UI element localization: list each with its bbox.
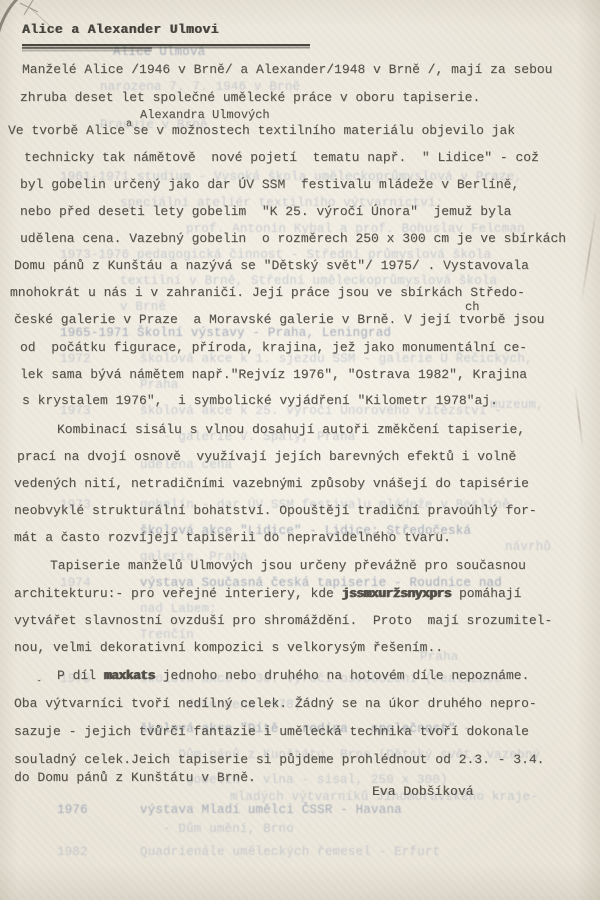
typed-line: prací na dvojí osnově využívají jejích b… [17,449,516,464]
ghost-line: návrhů [505,540,551,554]
typed-line: zhruba deset let společné umělecké práce… [20,90,480,105]
ghost-line: 1982 [57,845,88,859]
paper-crease [580,205,597,304]
typed-line: vedených nití, netradičními vazebnými zp… [14,476,529,491]
ghost-line: Quadrienále uměleckých řemesel - Erfurt [140,845,440,859]
typed-line: mnohokrát u nás i v zahraničí. Její prác… [10,285,525,300]
paper-crease [574,385,583,450]
typed-line: Oba výtvarníci tvoří nedílný celek. Žádn… [14,696,537,711]
typed-line: Ve tvorbě Alice se v možnostech textilní… [8,123,515,138]
typed-insertion: ch [465,300,479,315]
strikeout-overtyped-text: maxkats [104,668,155,683]
typed-line: Tapiserie manželů Ulmových jsou určeny p… [50,558,526,573]
author-signature: Eva Dobšíková [372,784,473,799]
typed-line: byl gobelin určený jako dar ÚV SSM festi… [20,177,519,192]
strikeout-overtyped-text: jssmxuržsnyxprs [342,586,452,601]
typed-line: architekturu:- pro veřejné interiery, kd… [14,586,521,601]
typed-line: technicky tak námětově nové pojetí temat… [24,150,539,165]
document-title: Alice a Alexander Ulmovi [22,22,219,37]
title-underline [22,44,310,46]
typed-line: udělena cena. Vazebný gobelin o rozměrec… [20,231,566,246]
typed-line: do Domu pánů z Kunštátu v Brně. [14,770,256,785]
typed-insertion: Alexandra Ulmových [140,108,270,123]
caret-mark: ˇ [36,678,42,693]
ghost-line: - Dům umění, Brno [163,822,294,836]
typed-line: mát a často rozvíjejí tapiserii do nepra… [14,530,451,545]
typed-line: nebo před deseti lety gobelim "K 25. výr… [20,204,511,219]
typed-line: souladný celek.Jeich tapiserie si půjdem… [14,752,545,767]
ghost-line: výstava Mladí umělci ČSSR - Havana [140,803,402,817]
document-page: Alice Ulmovánarozena 7. 7. 1946 v BrněPr… [0,0,600,900]
typed-line: sazuje - jejich tvůrčí fantazie i umělec… [14,724,529,739]
typed-line: s krystalem 1976", i symbolické vyjádřen… [22,393,498,408]
typed-line: Kombinací sisálu s vlnou dosahují autoři… [57,422,525,437]
ghost-line: 1976 [57,803,88,817]
ghost-line: 1965-1971 Školní výstavy - Praha, Lening… [60,326,391,340]
typed-line: P díl maxkats jednoho nebo druhého na ho… [57,668,529,683]
typed-insertion: a [126,117,132,132]
typed-line: Domu pánů z Kunštáu a nazývá se "Dětský … [14,258,529,273]
typed-line: lek sama bývá námětem např."Rejvíz 1976"… [20,367,527,382]
title-underline-double-strike [22,47,152,49]
typed-line: neobvyklé strukturální bohatství. Opoušt… [14,503,537,518]
typed-line: nou, velmi dekorativní kompozici s velko… [14,640,443,655]
typed-line: od počátku figurace, příroda, krajina, j… [20,340,527,355]
typed-line: Manželé Alice /1946 v Brně/ a Alexander/… [22,62,553,77]
typed-line: vytvářet slavnostní ovzduší pro shromážd… [14,613,552,628]
page-curl-edge [0,0,18,34]
